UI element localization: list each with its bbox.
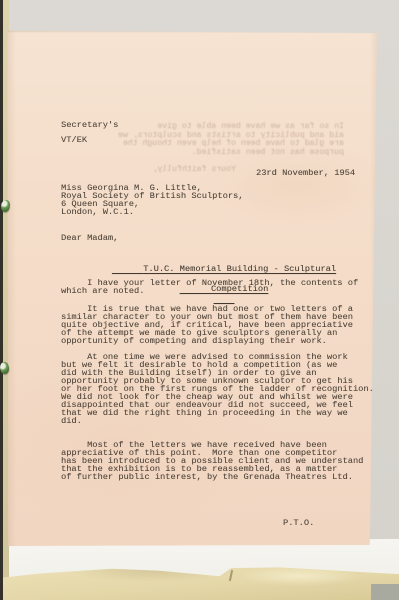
salutation: Dear Madam,: [61, 234, 118, 242]
subject-heading-line-1: T.U.C. Memorial Building - Sculptural: [143, 264, 336, 274]
paragraph-2: It is true that we have had one or two l…: [61, 305, 353, 345]
letter-paper: Secretary's VT/EK In so far as we have b…: [6, 30, 378, 546]
bleedthrough-closing: Yours faithfully,: [146, 166, 236, 175]
recipient-address-block: Miss Georgina M. G. Little, Royal Societ…: [61, 184, 243, 216]
dark-left-edge: [0, 0, 3, 600]
paragraph-1: I have your letter of November 18th, the…: [61, 279, 358, 295]
paragraph-4: Most of the letters we have received hav…: [61, 441, 363, 481]
paragraph-3: At one time we were advised to commissio…: [61, 353, 374, 425]
reference-line-1: Secretary's: [61, 121, 118, 129]
reference-line-2: VT/EK: [61, 136, 87, 144]
gray-card-corner: [371, 584, 399, 600]
photographed-letter-scene: Secretary's VT/EK In so far as we have b…: [0, 0, 399, 600]
page-turn-note: P.T.O.: [283, 519, 314, 527]
bleedthrough-text-block: In so far as we have been able to give a…: [140, 123, 344, 157]
letter-date: 23rd November, 1954: [256, 169, 355, 177]
